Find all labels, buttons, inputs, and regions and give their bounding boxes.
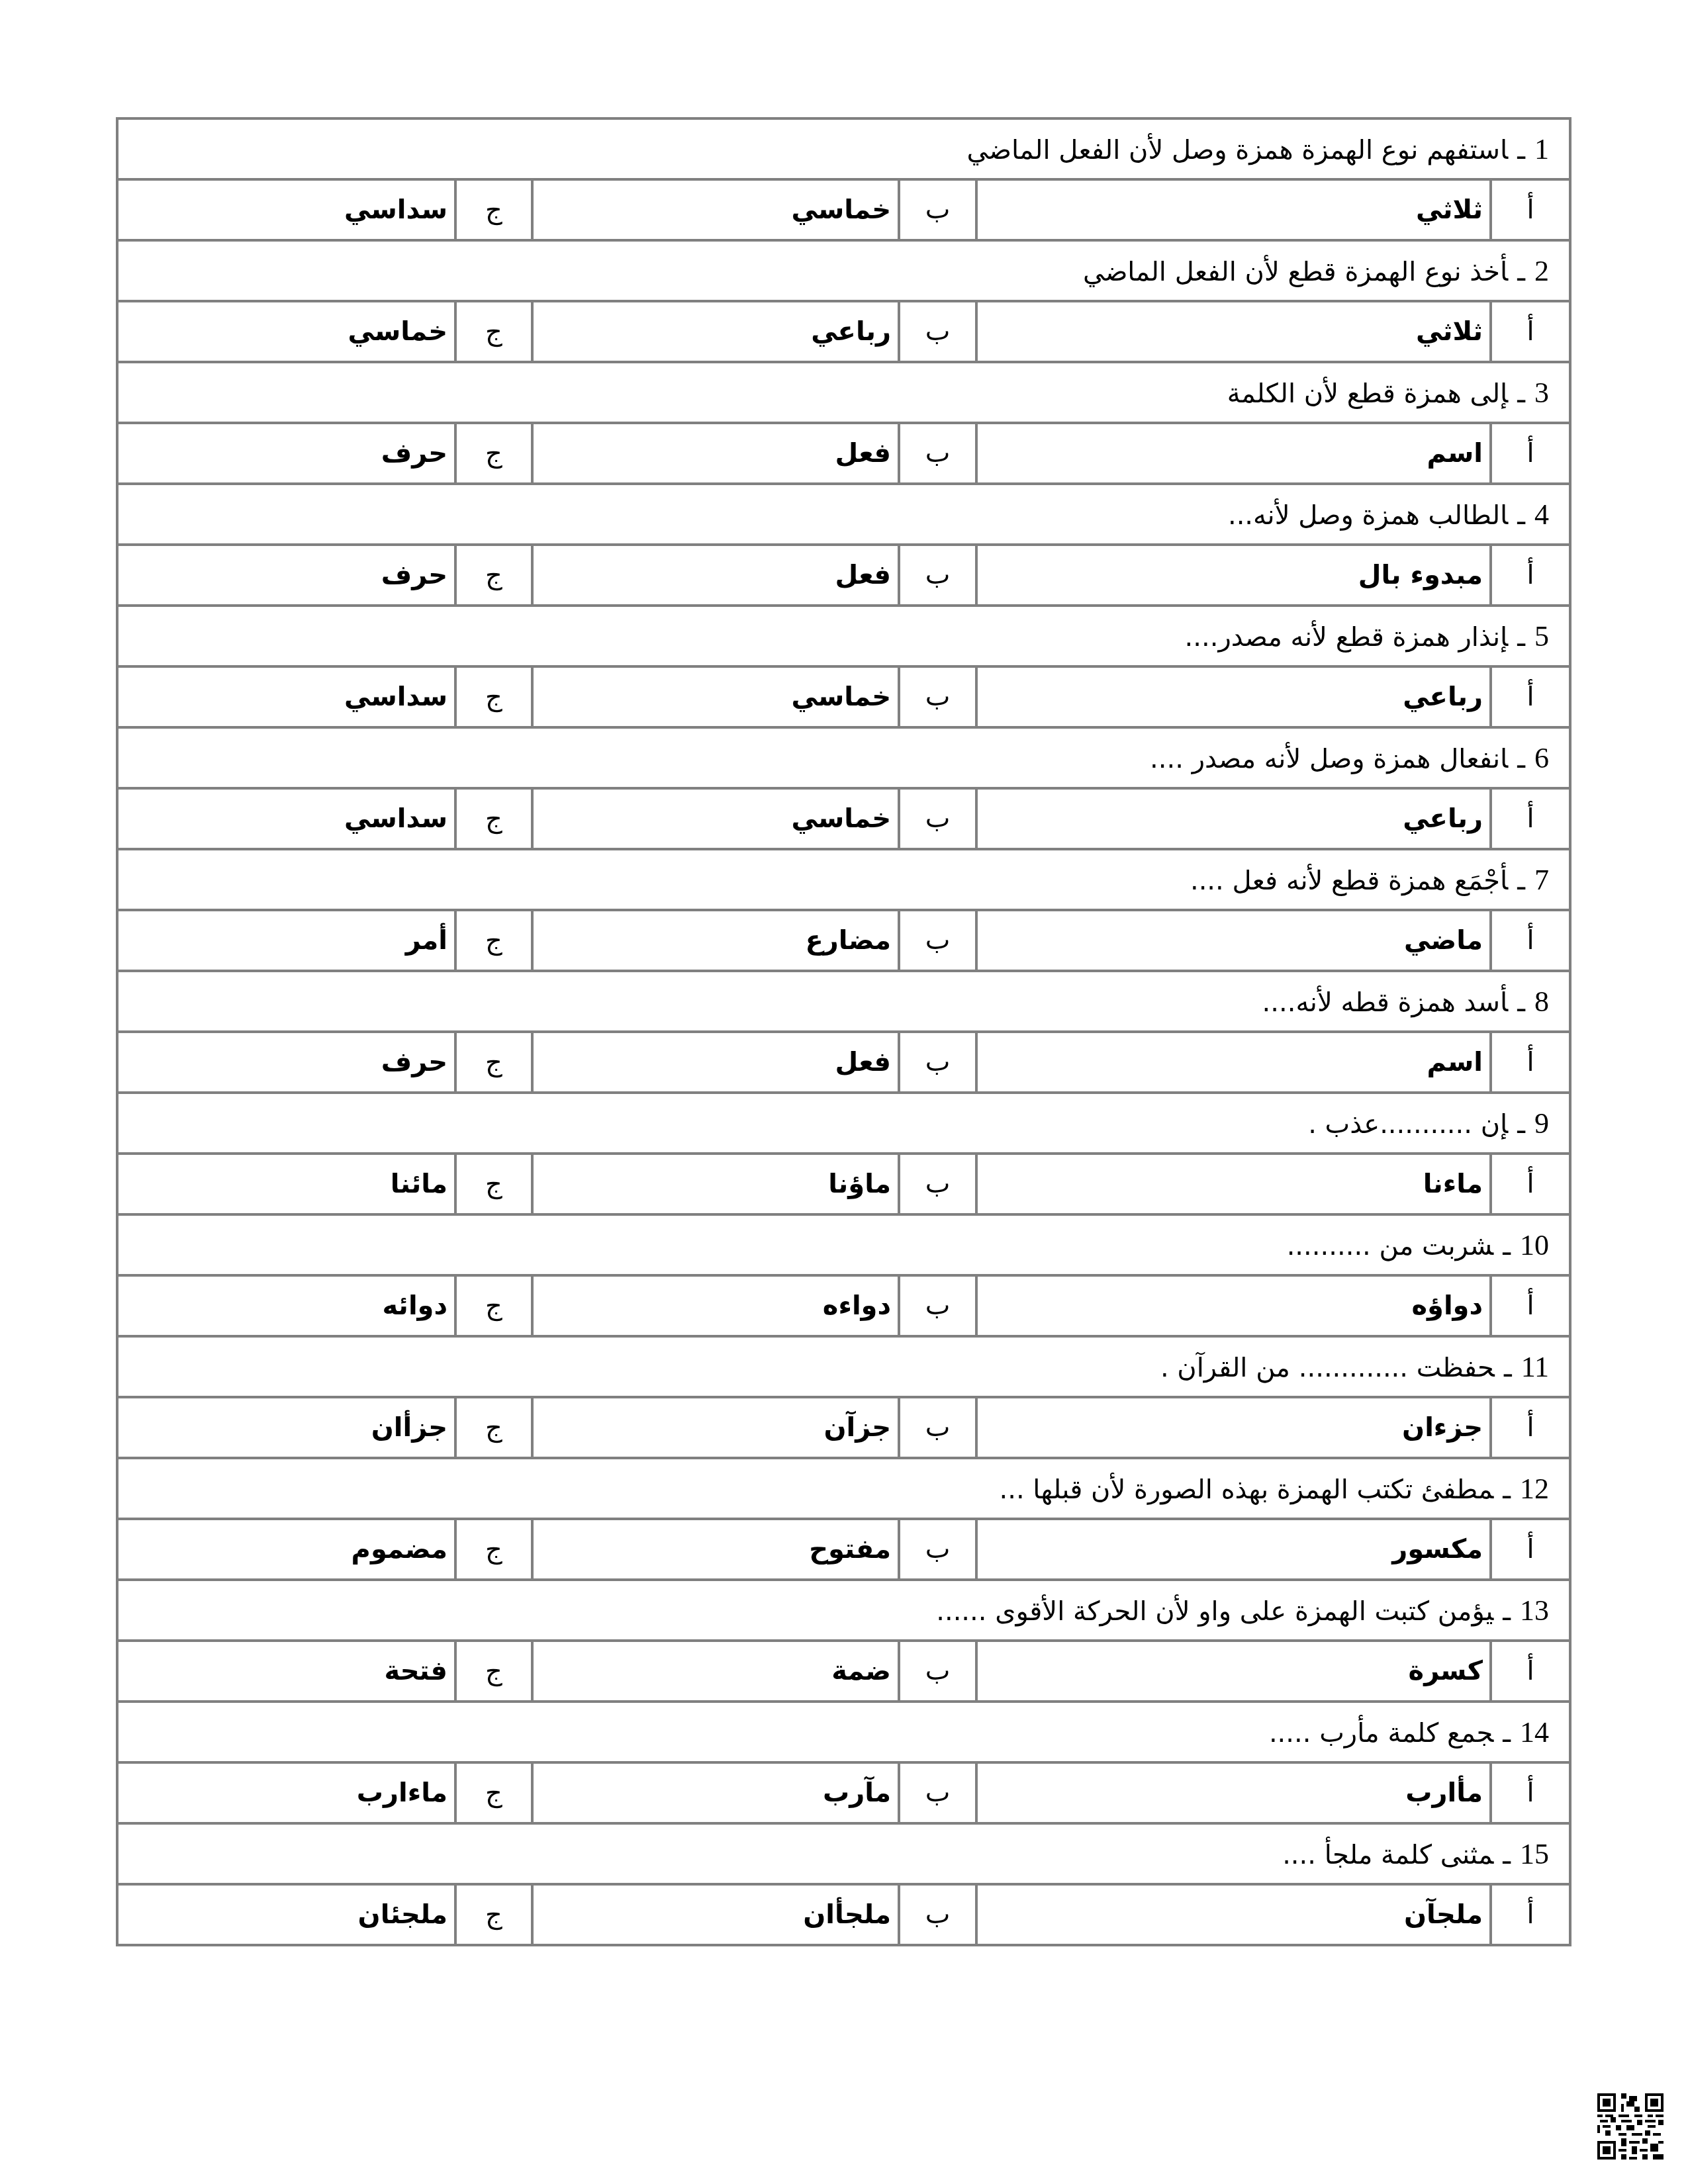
option-letter-c: ج	[455, 423, 532, 484]
option-letter-b: ب	[899, 1032, 976, 1093]
option-letter-a: أ	[1491, 1519, 1570, 1580]
option-letter-b: ب	[899, 1397, 976, 1458]
question-row: 10ـشربت من ..........	[117, 1214, 1570, 1275]
option-letter-a: أ	[1491, 423, 1570, 484]
option-a[interactable]: ملجآن	[976, 1884, 1491, 1945]
option-letter-b: ب	[899, 1641, 976, 1702]
question-cell: 5ـإنذار همزة قطع لأنه مصدر....	[117, 606, 1570, 666]
question-text-wrap: 10ـشربت من ..........	[1287, 1228, 1549, 1262]
question-row: 4ـالطالب همزة وصل لأنه...	[117, 484, 1570, 545]
option-letter-b: ب	[899, 1275, 976, 1336]
option-letter-b: ب	[899, 1154, 976, 1214]
question-text-wrap: 4ـالطالب همزة وصل لأنه...	[1228, 498, 1549, 531]
question-row: 13ـيؤمن كتبت الهمزة على واو لأن الحركة ا…	[117, 1580, 1570, 1641]
question-row: 7ـأجْمَع همزة قطع لأنه فعل ....	[117, 849, 1570, 910]
question-row: 15ـمثنى كلمة ملجأ ....	[117, 1823, 1570, 1884]
option-b[interactable]: ماؤنا	[532, 1154, 899, 1214]
options-row: أمبدوء بالبفعلجحرف	[117, 545, 1570, 606]
option-a[interactable]: اسم	[976, 423, 1491, 484]
option-a[interactable]: ماضي	[976, 910, 1491, 971]
option-letter-b: ب	[899, 788, 976, 849]
question-text-wrap: 14ـجمع كلمة مأرب .....	[1269, 1715, 1549, 1749]
option-letter-a: أ	[1491, 910, 1570, 971]
question-row: 5ـإنذار همزة قطع لأنه مصدر....	[117, 606, 1570, 666]
options-row: أكسرةبضمةجفتحة	[117, 1641, 1570, 1702]
question-text: جمع كلمة مأرب .....	[1269, 1718, 1493, 1749]
option-b[interactable]: فعل	[532, 545, 899, 606]
option-letter-c: ج	[455, 1032, 532, 1093]
question-cell: 11ـحفظت ............. من القرآن .	[117, 1336, 1570, 1397]
option-b[interactable]: دواءه	[532, 1275, 899, 1336]
question-number: 15	[1520, 1838, 1549, 1870]
option-a[interactable]: جزءان	[976, 1397, 1491, 1458]
option-c[interactable]: حرف	[117, 423, 455, 484]
option-b[interactable]: مفتوح	[532, 1519, 899, 1580]
question-text-wrap: 6ـانفعال همزة وصل لأنه مصدر ....	[1150, 741, 1549, 775]
question-text-wrap: 3ـإلى همزة قطع لأن الكلمة	[1227, 376, 1549, 410]
question-cell: 7ـأجْمَع همزة قطع لأنه فعل ....	[117, 849, 1570, 910]
option-letter-c: ج	[455, 910, 532, 971]
question-text-wrap: 5ـإنذار همزة قطع لأنه مصدر....	[1185, 619, 1549, 653]
question-number: 8	[1534, 985, 1549, 1018]
question-cell: 6ـانفعال همزة وصل لأنه مصدر ....	[117, 727, 1570, 788]
option-letter-b: ب	[899, 1884, 976, 1945]
options-row: أماءنابماؤناجمائنا	[117, 1154, 1570, 1214]
question-dash: ـ	[1517, 500, 1525, 531]
option-letter-b: ب	[899, 423, 976, 484]
option-letter-c: ج	[455, 545, 532, 606]
question-text: مثنى كلمة ملجأ ....	[1282, 1840, 1493, 1870]
question-text: إلى همزة قطع لأن الكلمة	[1227, 379, 1508, 409]
question-dash: ـ	[1503, 1475, 1511, 1505]
option-a[interactable]: ثلاثي	[976, 179, 1491, 240]
question-row: 12ـمطفئ تكتب الهمزة بهذه الصورة لأن قبله…	[117, 1458, 1570, 1519]
option-letter-a: أ	[1491, 1762, 1570, 1823]
option-a[interactable]: رباعي	[976, 788, 1491, 849]
option-letter-b: ب	[899, 1519, 976, 1580]
question-cell: 2ـأخذ نوع الهمزة قطع لأن الفعل الماضي	[117, 240, 1570, 301]
options-row: أملجآنبملجأانجملجئان	[117, 1884, 1570, 1945]
question-dash: ـ	[1517, 987, 1525, 1018]
option-letter-a: أ	[1491, 1032, 1570, 1093]
question-dash: ـ	[1503, 1231, 1511, 1261]
question-dash: ـ	[1517, 744, 1525, 774]
options-row: أجزءانبجزآنججزأان	[117, 1397, 1570, 1458]
option-b[interactable]: فعل	[532, 1032, 899, 1093]
options-row: أمكسوربمفتوحجمضموم	[117, 1519, 1570, 1580]
question-number: 10	[1520, 1229, 1549, 1261]
option-b[interactable]: ضمة	[532, 1641, 899, 1702]
option-letter-c: ج	[455, 1154, 532, 1214]
option-b[interactable]: خماسي	[532, 788, 899, 849]
option-letter-a: أ	[1491, 1397, 1570, 1458]
option-a[interactable]: كسرة	[976, 1641, 1491, 1702]
option-a[interactable]: ماءنا	[976, 1154, 1491, 1214]
option-letter-a: أ	[1491, 1641, 1570, 1702]
question-cell: 3ـإلى همزة قطع لأن الكلمة	[117, 362, 1570, 423]
option-c[interactable]: دوائه	[117, 1275, 455, 1336]
option-letter-b: ب	[899, 1762, 976, 1823]
option-a[interactable]: مبدوء بال	[976, 545, 1491, 606]
question-text-wrap: 11ـحفظت ............. من القرآن .	[1160, 1350, 1549, 1384]
option-c[interactable]: خماسي	[117, 301, 455, 362]
question-text: شربت من ..........	[1287, 1231, 1494, 1261]
question-dash: ـ	[1517, 622, 1525, 653]
question-cell: 14ـجمع كلمة مأرب .....	[117, 1702, 1570, 1762]
options-row: أاسمبفعلجحرف	[117, 423, 1570, 484]
question-text: إن ...........عذب .	[1308, 1109, 1508, 1140]
option-letter-a: أ	[1491, 301, 1570, 362]
question-cell: 12ـمطفئ تكتب الهمزة بهذه الصورة لأن قبله…	[117, 1458, 1570, 1519]
option-letter-a: أ	[1491, 788, 1570, 849]
option-letter-a: أ	[1491, 1154, 1570, 1214]
option-c[interactable]: سداسي	[117, 179, 455, 240]
option-a[interactable]: مأارب	[976, 1762, 1491, 1823]
question-row: 1ـاستفهم نوع الهمزة همزة وصل لأن الفعل ا…	[117, 118, 1570, 179]
option-b[interactable]: خماسي	[532, 666, 899, 727]
option-c[interactable]: مضموم	[117, 1519, 455, 1580]
option-c[interactable]: ملجئان	[117, 1884, 455, 1945]
question-text-wrap: 9ـإن ...........عذب .	[1308, 1107, 1549, 1140]
question-number: 7	[1534, 864, 1549, 896]
question-text: استفهم نوع الهمزة همزة وصل لأن الفعل الم…	[967, 135, 1509, 165]
option-letter-c: ج	[455, 1884, 532, 1945]
question-number: 11	[1521, 1351, 1549, 1383]
option-letter-b: ب	[899, 545, 976, 606]
option-letter-b: ب	[899, 666, 976, 727]
question-row: 14ـجمع كلمة مأرب .....	[117, 1702, 1570, 1762]
question-text-wrap: 1ـاستفهم نوع الهمزة همزة وصل لأن الفعل ا…	[967, 132, 1549, 166]
option-letter-c: ج	[455, 1641, 532, 1702]
question-dash: ـ	[1503, 1840, 1511, 1870]
question-dash: ـ	[1503, 1596, 1511, 1627]
question-dash: ـ	[1517, 257, 1525, 287]
option-a[interactable]: ثلاثي	[976, 301, 1491, 362]
option-b[interactable]: فعل	[532, 423, 899, 484]
options-row: أرباعيبخماسيجسداسي	[117, 666, 1570, 727]
question-dash: ـ	[1504, 1353, 1512, 1383]
question-dash: ـ	[1517, 866, 1525, 896]
question-text: حفظت ............. من القرآن .	[1160, 1353, 1495, 1383]
question-text: مطفئ تكتب الهمزة بهذه الصورة لأن قبلها .…	[999, 1475, 1493, 1505]
options-row: أاسمبفعلجحرف	[117, 1032, 1570, 1093]
option-c[interactable]: حرف	[117, 1032, 455, 1093]
question-cell: 1ـاستفهم نوع الهمزة همزة وصل لأن الفعل ا…	[117, 118, 1570, 179]
question-cell: 8ـأسد همزة قطه لأنه....	[117, 971, 1570, 1032]
option-letter-a: أ	[1491, 1275, 1570, 1336]
options-row: أماضيبمضارعجأمر	[117, 910, 1570, 971]
question-row: 6ـانفعال همزة وصل لأنه مصدر ....	[117, 727, 1570, 788]
question-number: 1	[1534, 133, 1549, 165]
option-c[interactable]: سداسي	[117, 666, 455, 727]
question-text-wrap: 8ـأسد همزة قطه لأنه....	[1262, 985, 1549, 1019]
option-letter-c: ج	[455, 1519, 532, 1580]
question-dash: ـ	[1517, 135, 1525, 165]
question-text: إنذار همزة قطع لأنه مصدر....	[1185, 622, 1509, 653]
option-b[interactable]: مآرب	[532, 1762, 899, 1823]
question-text-wrap: 7ـأجْمَع همزة قطع لأنه فعل ....	[1190, 863, 1549, 897]
question-dash: ـ	[1517, 1109, 1525, 1140]
option-a[interactable]: مكسور	[976, 1519, 1491, 1580]
question-number: 12	[1520, 1473, 1549, 1505]
qr-code-icon	[1597, 2093, 1664, 2160]
question-number: 9	[1534, 1107, 1549, 1140]
option-a[interactable]: اسم	[976, 1032, 1491, 1093]
option-letter-c: ج	[455, 666, 532, 727]
option-letter-c: ج	[455, 1275, 532, 1336]
question-number: 14	[1520, 1716, 1549, 1749]
option-letter-a: أ	[1491, 666, 1570, 727]
question-text-wrap: 15ـمثنى كلمة ملجأ ....	[1282, 1837, 1549, 1871]
option-b[interactable]: رباعي	[532, 301, 899, 362]
option-b[interactable]: خماسي	[532, 179, 899, 240]
question-text-wrap: 13ـيؤمن كتبت الهمزة على واو لأن الحركة ا…	[936, 1594, 1549, 1627]
question-text: أجْمَع همزة قطع لأنه فعل ....	[1190, 866, 1508, 896]
question-number: 13	[1520, 1594, 1549, 1627]
quiz-table: 1ـاستفهم نوع الهمزة همزة وصل لأن الفعل ا…	[116, 117, 1571, 1946]
question-text-wrap: 2ـأخذ نوع الهمزة قطع لأن الفعل الماضي	[1083, 254, 1549, 288]
question-number: 2	[1534, 255, 1549, 287]
question-text: انفعال همزة وصل لأنه مصدر ....	[1150, 744, 1508, 774]
option-letter-c: ج	[455, 788, 532, 849]
question-text: أسد همزة قطه لأنه....	[1262, 987, 1509, 1018]
options-row: أمأارببمآربجماءارب	[117, 1762, 1570, 1823]
option-letter-c: ج	[455, 1762, 532, 1823]
question-row: 9ـإن ...........عذب .	[117, 1093, 1570, 1154]
options-row: أثلاثيبرباعيجخماسي	[117, 301, 1570, 362]
question-number: 4	[1534, 498, 1549, 531]
option-b[interactable]: ملجأان	[532, 1884, 899, 1945]
option-c[interactable]: أمر	[117, 910, 455, 971]
question-dash: ـ	[1503, 1718, 1511, 1749]
option-letter-b: ب	[899, 179, 976, 240]
question-number: 6	[1534, 742, 1549, 774]
options-row: أرباعيبخماسيجسداسي	[117, 788, 1570, 849]
option-letter-c: ج	[455, 1397, 532, 1458]
option-c[interactable]: مائنا	[117, 1154, 455, 1214]
option-b[interactable]: جزآن	[532, 1397, 899, 1458]
question-cell: 10ـشربت من ..........	[117, 1214, 1570, 1275]
option-letter-a: أ	[1491, 179, 1570, 240]
question-cell: 9ـإن ...........عذب .	[117, 1093, 1570, 1154]
option-c[interactable]: حرف	[117, 545, 455, 606]
options-row: أدواؤهبدواءهجدوائه	[117, 1275, 1570, 1336]
option-c[interactable]: سداسي	[117, 788, 455, 849]
question-text: أخذ نوع الهمزة قطع لأن الفعل الماضي	[1083, 257, 1508, 287]
question-cell: 15ـمثنى كلمة ملجأ ....	[117, 1823, 1570, 1884]
option-b[interactable]: مضارع	[532, 910, 899, 971]
option-c[interactable]: فتحة	[117, 1641, 455, 1702]
question-text: الطالب همزة وصل لأنه...	[1228, 500, 1508, 531]
question-row: 3ـإلى همزة قطع لأن الكلمة	[117, 362, 1570, 423]
option-letter-a: أ	[1491, 545, 1570, 606]
options-row: أثلاثيبخماسيجسداسي	[117, 179, 1570, 240]
option-letter-c: ج	[455, 301, 532, 362]
question-cell: 4ـالطالب همزة وصل لأنه...	[117, 484, 1570, 545]
option-letter-c: ج	[455, 179, 532, 240]
question-dash: ـ	[1517, 379, 1525, 409]
option-letter-a: أ	[1491, 1884, 1570, 1945]
question-row: 2ـأخذ نوع الهمزة قطع لأن الفعل الماضي	[117, 240, 1570, 301]
option-a[interactable]: دواؤه	[976, 1275, 1491, 1336]
question-text: يؤمن كتبت الهمزة على واو لأن الحركة الأق…	[936, 1596, 1493, 1627]
question-text-wrap: 12ـمطفئ تكتب الهمزة بهذه الصورة لأن قبله…	[999, 1472, 1549, 1506]
question-cell: 13ـيؤمن كتبت الهمزة على واو لأن الحركة ا…	[117, 1580, 1570, 1641]
option-letter-b: ب	[899, 301, 976, 362]
question-row: 8ـأسد همزة قطه لأنه....	[117, 971, 1570, 1032]
option-a[interactable]: رباعي	[976, 666, 1491, 727]
question-number: 5	[1534, 620, 1549, 653]
question-number: 3	[1534, 377, 1549, 409]
question-row: 11ـحفظت ............. من القرآن .	[117, 1336, 1570, 1397]
option-c[interactable]: ماءارب	[117, 1762, 455, 1823]
quiz-table-body: 1ـاستفهم نوع الهمزة همزة وصل لأن الفعل ا…	[117, 118, 1570, 1945]
option-c[interactable]: جزأان	[117, 1397, 455, 1458]
option-letter-b: ب	[899, 910, 976, 971]
